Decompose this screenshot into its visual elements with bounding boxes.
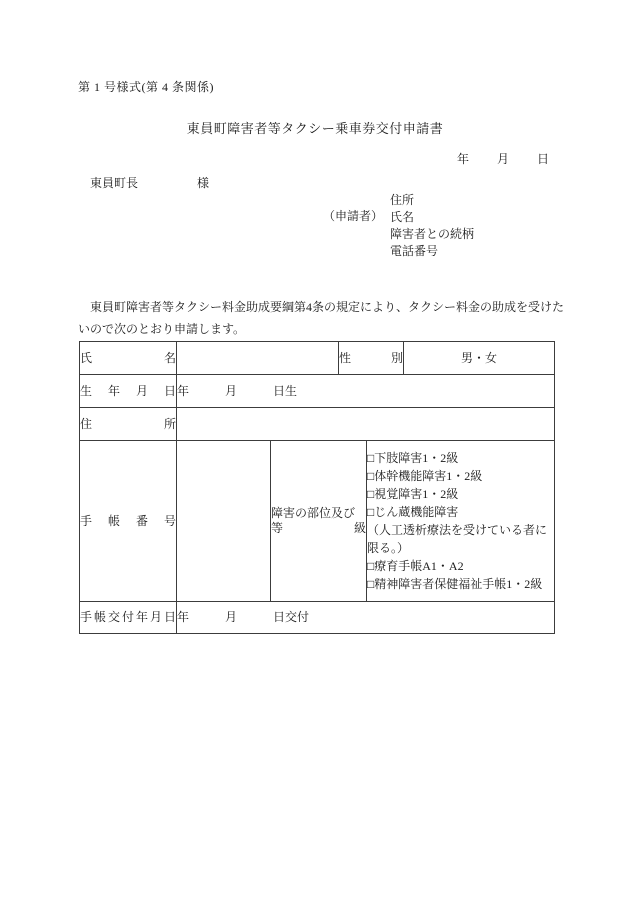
table-row-handbook: 手帳番号 障害の部位及び 等級 □下肢障害1・2級 □体幹機能障害1・2級 □視… [80, 441, 555, 602]
addressee-honorific: 様 [197, 176, 209, 191]
disability-category-line-2: 等級 [271, 521, 366, 536]
disability-options-cell: □下肢障害1・2級 □体幹機能障害1・2級 □視覚障害1・2級 □じん蔵機能障害… [367, 441, 555, 602]
disability-category-line-1: 障害の部位及び [271, 506, 366, 521]
kidney-note-line-2: 限る。） [367, 539, 554, 557]
checkbox-option-mental-health-handbook: □精神障害者保健福祉手帳1・2級 [367, 575, 554, 593]
statement-line-2: いので次のとおり申請します。 [78, 318, 564, 340]
issue-date-label-cell: 手帳交付年月日 [80, 602, 177, 634]
addressee-name: 東員町長 [90, 176, 138, 191]
disability-category-label-cell: 障害の部位及び 等級 [271, 441, 367, 602]
applicant-fields: 住所 氏名 障害者との続柄 電話番号 [390, 192, 474, 260]
checkbox-option-visual: □視覚障害1・2級 [367, 485, 554, 503]
birthdate-value-cell: 年 月 日生 [177, 375, 555, 408]
table-row-address: 住所 [80, 408, 555, 441]
table-row-birthdate: 生年月日 年 月 日生 [80, 375, 555, 408]
year-label: 年 [457, 152, 469, 167]
handbook-number-value-cell [177, 441, 271, 602]
applicant-field-relationship: 障害者との続柄 [390, 226, 474, 243]
application-table: 氏名 性別 男・女 生年月日 年 月 日生 住所 手帳番号 障害の部位及び 等級… [79, 341, 555, 634]
handbook-number-label-cell: 手帳番号 [80, 441, 177, 602]
checkbox-option-kidney-function: □じん蔵機能障害 [367, 503, 554, 521]
checkbox-option-trunk-function: □体幹機能障害1・2級 [367, 467, 554, 485]
address-label-cell: 住所 [80, 408, 177, 441]
addressee-line: 東員町長 様 [90, 176, 209, 191]
application-statement: 東員町障害者等タクシー料金助成要綱第4条の規定により、タクシー料金の助成を受けた… [78, 296, 564, 340]
address-value-cell [177, 408, 555, 441]
sex-value-cell: 男・女 [404, 342, 555, 375]
form-number: 第 1 号様式(第 4 条関係) [78, 80, 214, 95]
table-row-issue-date: 手帳交付年月日 年 月 日交付 [80, 602, 555, 634]
sex-label-cell: 性別 [339, 342, 404, 375]
name-value-cell [177, 342, 339, 375]
table-row-name: 氏名 性別 男・女 [80, 342, 555, 375]
applicant-field-name: 氏名 [390, 209, 474, 226]
kidney-note-line-1: （人工透析療法を受けている者に [367, 521, 554, 539]
month-label: 月 [497, 152, 509, 167]
checkbox-option-rehabilitation-handbook: □療育手帳A1・A2 [367, 557, 554, 575]
date-line: 年 月 日 [0, 152, 630, 167]
statement-line-1: 東員町障害者等タクシー料金助成要綱第4条の規定により、タクシー料金の助成を受けた [78, 296, 564, 318]
day-label: 日 [537, 152, 549, 167]
checkbox-option-lower-limb: □下肢障害1・2級 [367, 449, 554, 467]
applicant-label: （申請者） [323, 209, 383, 224]
applicant-field-phone: 電話番号 [390, 243, 474, 260]
page-title: 東員町障害者等タクシー乗車券交付申請書 [0, 121, 630, 137]
birthdate-label-cell: 生年月日 [80, 375, 177, 408]
name-label-cell: 氏名 [80, 342, 177, 375]
issue-date-value-cell: 年 月 日交付 [177, 602, 555, 634]
applicant-field-address: 住所 [390, 192, 474, 209]
